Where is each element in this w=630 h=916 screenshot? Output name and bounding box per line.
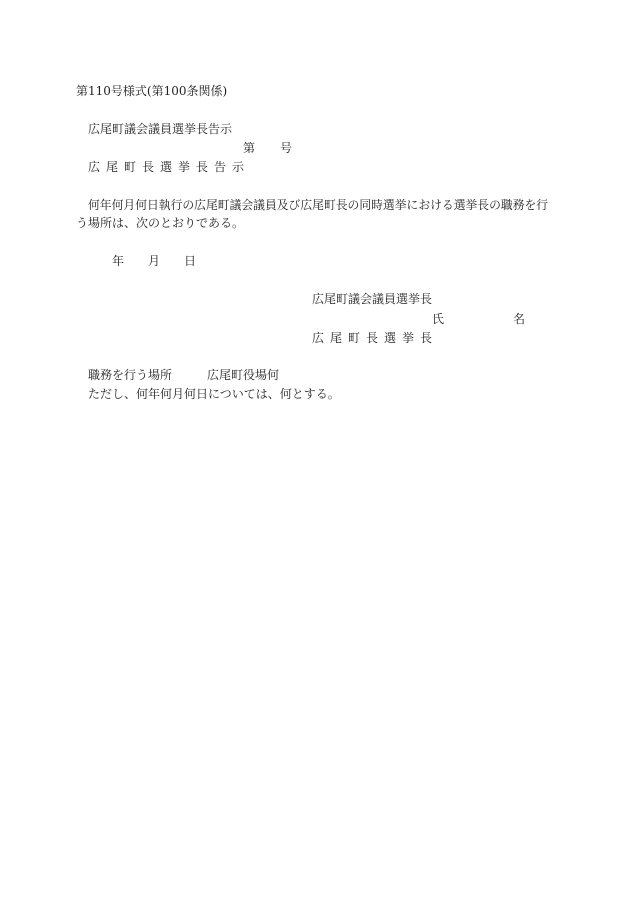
form-title: 第110号様式(第100条関係) [76, 84, 227, 98]
signature-title-mayor: 広尾町長選挙長 [312, 331, 438, 345]
place-label: 職務を行う場所 [88, 368, 172, 382]
date-month: 月 [148, 254, 160, 268]
date-year: 年 [112, 254, 124, 268]
note-line: ただし、何年何月何日については、何とする。 [88, 387, 340, 401]
issuer-line-council: 広尾町議会議員選挙長告示 [88, 122, 232, 136]
signature-name-label-2: 名 [513, 312, 525, 326]
notice-number-suffix: 号 [280, 141, 292, 155]
signature-title-council: 広尾町議会議員選挙長 [312, 292, 432, 306]
body-paragraph-line1: 何年何月何日執行の広尾町議会議員及び広尾町長の同時選挙における選挙長の職務を行 [88, 198, 548, 212]
issuer-line-mayor: 広尾町長選挙長告示 [88, 160, 250, 174]
date-day: 日 [184, 254, 196, 268]
place-value: 広尾町役場何 [207, 368, 279, 382]
body-paragraph-line2: う場所は、次のとおりである。 [76, 216, 244, 230]
signature-name-label-1: 氏 [432, 312, 444, 326]
notice-number-prefix: 第 [243, 141, 255, 155]
